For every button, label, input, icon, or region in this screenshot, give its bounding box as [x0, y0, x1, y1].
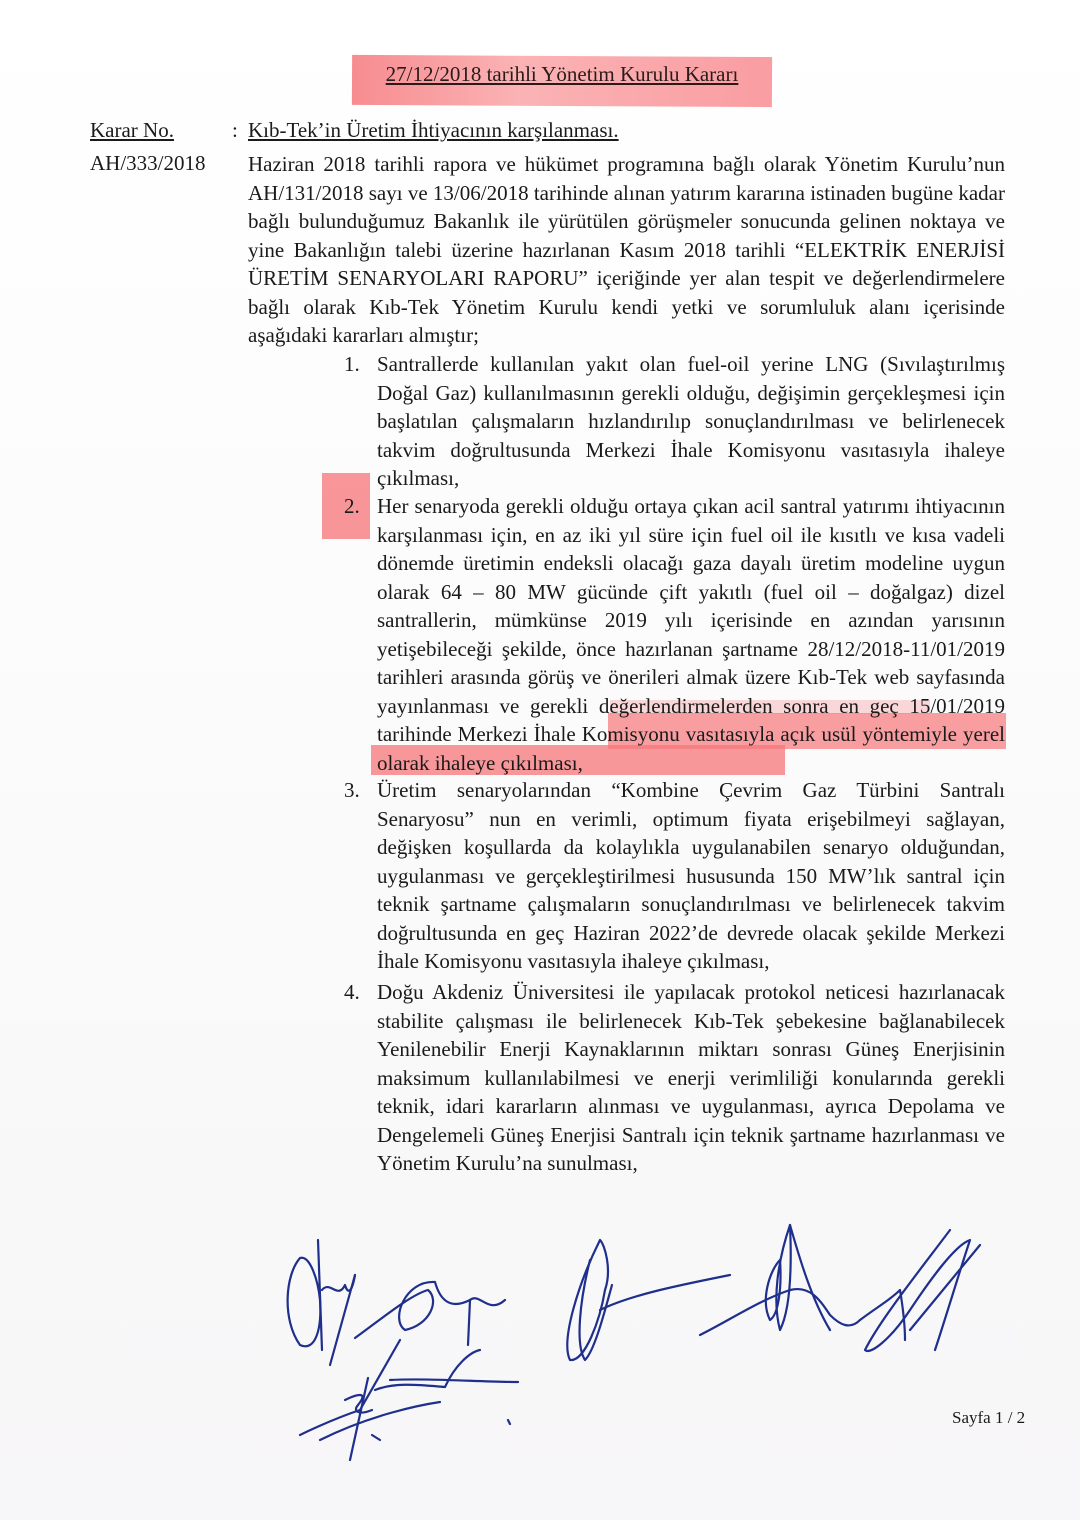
page-number: Sayfa 1 / 2 — [952, 1408, 1025, 1428]
document-page: 27/12/2018 tarihli Yönetim Kurulu Kararı… — [0, 0, 1080, 1520]
signature-4-icon — [567, 1240, 730, 1360]
signature-1-icon — [288, 1240, 355, 1365]
signature-5-icon — [700, 1225, 980, 1351]
signature-3-icon — [320, 1350, 518, 1460]
signatures — [0, 0, 1080, 1520]
